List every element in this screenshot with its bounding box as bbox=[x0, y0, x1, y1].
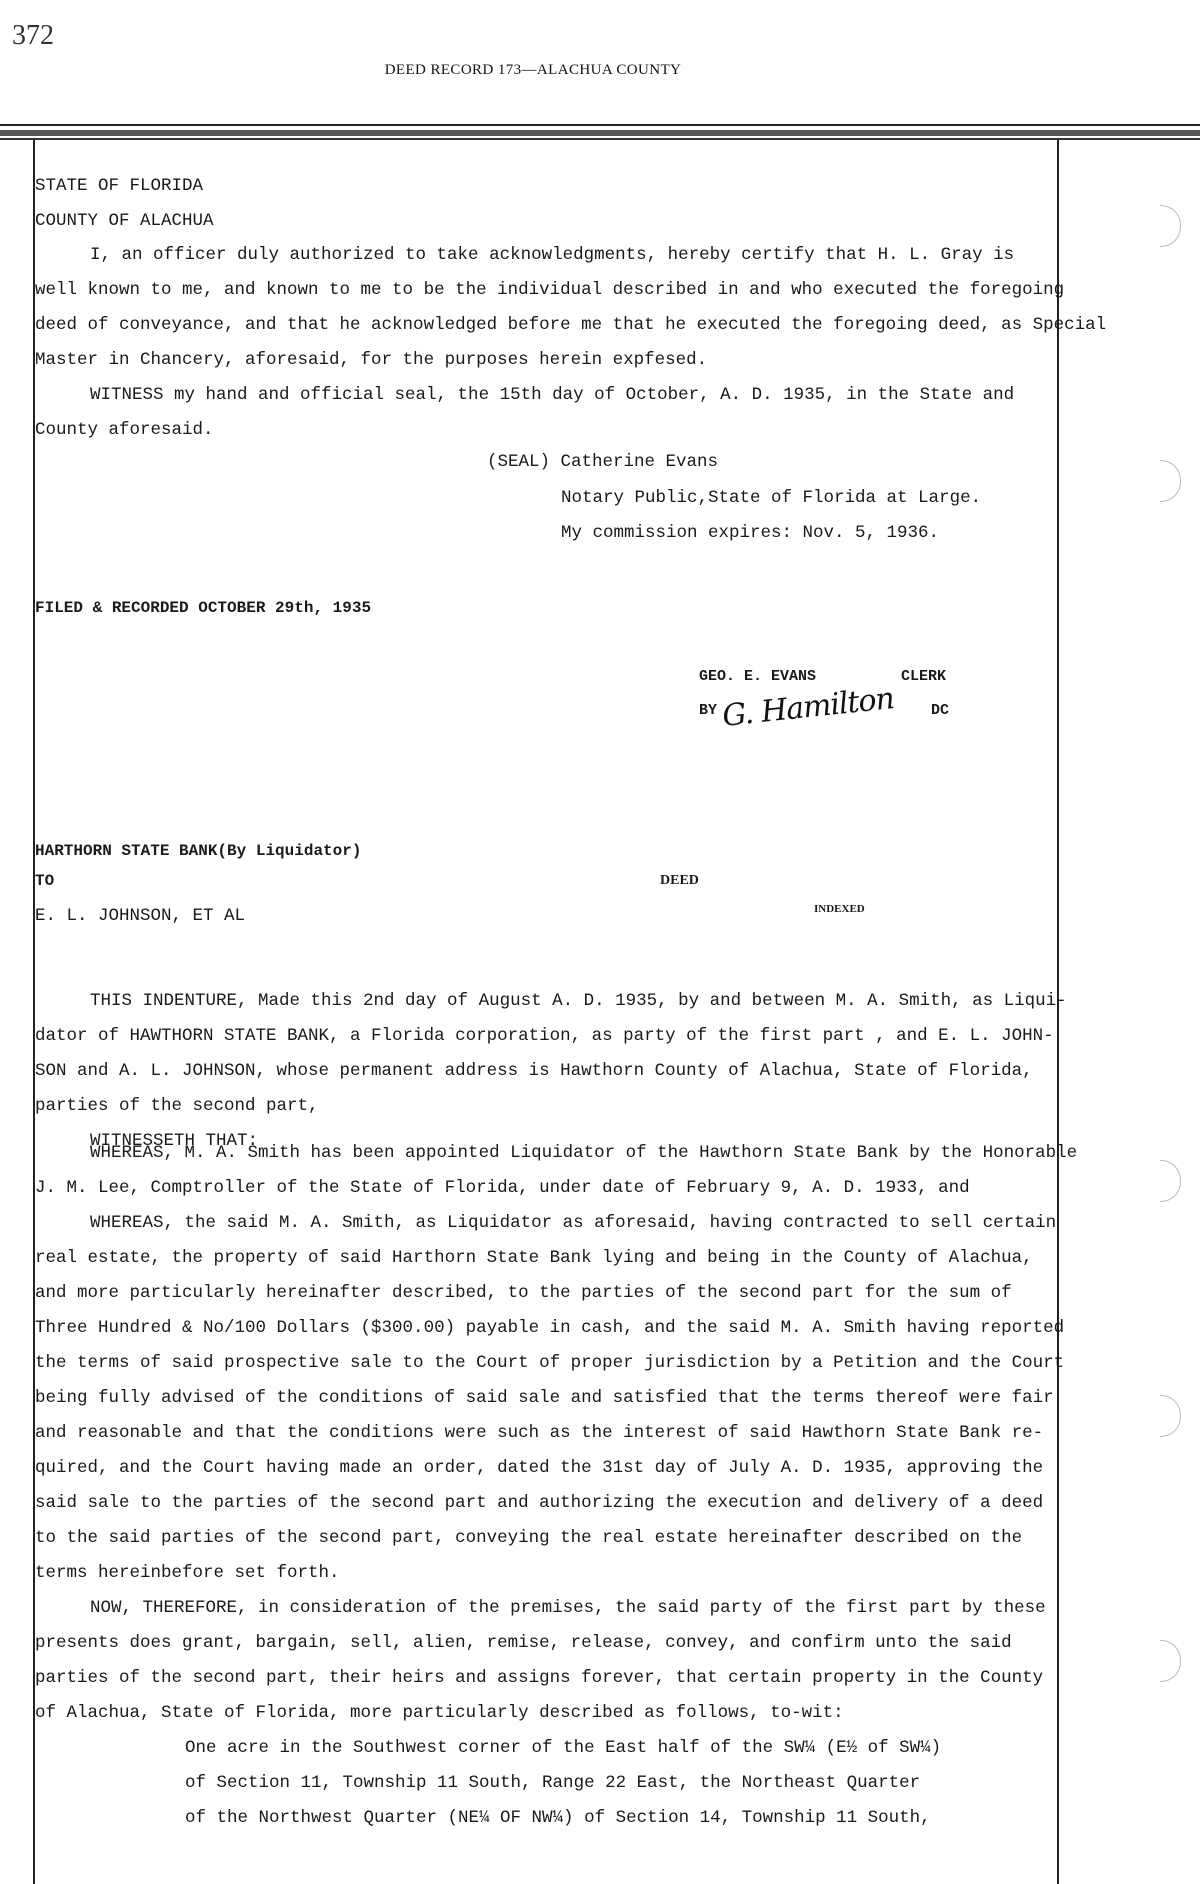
deed-line: THIS INDENTURE, Made this 2nd day of Aug… bbox=[90, 991, 1067, 1011]
notary-seal-name: (SEAL) Catherine Evans bbox=[487, 452, 718, 472]
deed-line: SON and A. L. JOHNSON, whose permanent a… bbox=[35, 1061, 1033, 1081]
venue-state: STATE OF FLORIDA bbox=[35, 176, 203, 196]
property-description-line: of Section 11, Township 11 South, Range … bbox=[185, 1773, 920, 1793]
grantor: HARTHORN STATE BANK(By Liquidator) bbox=[35, 841, 361, 861]
deputy-clerk-signature: G. Hamilton bbox=[721, 681, 896, 734]
page-number: 372 bbox=[12, 20, 54, 52]
deed-line: presents does grant, bargain, sell, alie… bbox=[35, 1633, 1012, 1653]
property-description-line: of the Northwest Quarter (NE¼ OF NW¼) of… bbox=[185, 1808, 931, 1828]
acknowledgment-line: Master in Chancery, aforesaid, for the p… bbox=[35, 350, 707, 370]
witness-line: WITNESS my hand and official seal, the 1… bbox=[90, 385, 1014, 405]
running-header: DEED RECORD 173—ALACHUA COUNTY bbox=[0, 62, 1066, 79]
binding-mark-icon bbox=[1160, 1160, 1181, 1202]
grantee: E. L. JOHNSON, ET AL bbox=[35, 906, 245, 926]
header-rule-thin-lower bbox=[0, 138, 1200, 140]
deed-line: the terms of said prospective sale to th… bbox=[35, 1353, 1064, 1373]
instrument-type: DEED bbox=[660, 871, 699, 891]
deputy-clerk-title: DC bbox=[931, 701, 949, 721]
right-margin-rule bbox=[1057, 140, 1059, 1884]
deed-line: WHEREAS, M. A. Smith has been appointed … bbox=[90, 1143, 1077, 1163]
deed-line: to the said parties of the second part, … bbox=[35, 1528, 1022, 1548]
deed-line: real estate, the property of said Hartho… bbox=[35, 1248, 1033, 1268]
deed-line: quired, and the Court having made an ord… bbox=[35, 1458, 1043, 1478]
binding-mark-icon bbox=[1160, 1395, 1181, 1437]
deed-line: and reasonable and that the conditions w… bbox=[35, 1423, 1043, 1443]
clerk-title: CLERK bbox=[901, 667, 946, 687]
header-rule-thick bbox=[0, 130, 1200, 136]
clerk-name: GEO. E. EVANS bbox=[699, 667, 816, 687]
filed-recorded-stamp: FILED & RECORDED OCTOBER 29th, 1935 bbox=[35, 598, 371, 618]
indexed-stamp: INDEXED bbox=[814, 899, 865, 919]
deed-line: parties of the second part, their heirs … bbox=[35, 1668, 1043, 1688]
deed-line: parties of the second part, bbox=[35, 1096, 319, 1116]
caption-to: TO bbox=[35, 871, 54, 891]
notary-commission: My commission expires: Nov. 5, 1936. bbox=[561, 523, 939, 543]
binding-mark-icon bbox=[1160, 205, 1181, 247]
deed-line: being fully advised of the conditions of… bbox=[35, 1388, 1054, 1408]
property-description-line: One acre in the Southwest corner of the … bbox=[185, 1738, 941, 1758]
header-rule-thin bbox=[0, 124, 1200, 126]
deed-line: WHEREAS, the said M. A. Smith, as Liquid… bbox=[90, 1213, 1056, 1233]
acknowledgment-line: I, an officer duly authorized to take ac… bbox=[90, 245, 1014, 265]
deed-line: dator of HAWTHORN STATE BANK, a Florida … bbox=[35, 1026, 1054, 1046]
by-label: BY bbox=[699, 701, 717, 721]
binding-mark-icon bbox=[1160, 460, 1181, 502]
deed-line: J. M. Lee, Comptroller of the State of F… bbox=[35, 1178, 970, 1198]
acknowledgment-line: deed of conveyance, and that he acknowle… bbox=[35, 315, 1106, 335]
deed-line: and more particularly hereinafter descri… bbox=[35, 1283, 1012, 1303]
deed-line: said sale to the parties of the second p… bbox=[35, 1493, 1043, 1513]
acknowledgment-line: well known to me, and known to me to be … bbox=[35, 280, 1064, 300]
venue-county: COUNTY OF ALACHUA bbox=[35, 211, 214, 231]
left-margin-rule bbox=[33, 140, 35, 1884]
deed-line: terms hereinbefore set forth. bbox=[35, 1563, 340, 1583]
notary-title: Notary Public,State of Florida at Large. bbox=[561, 488, 981, 508]
binding-mark-icon bbox=[1160, 1640, 1181, 1682]
deed-line: NOW, THEREFORE, in consideration of the … bbox=[90, 1598, 1046, 1618]
witness-line: County aforesaid. bbox=[35, 420, 214, 440]
deed-line: Three Hundred & No/100 Dollars ($300.00)… bbox=[35, 1318, 1064, 1338]
deed-line: of Alachua, State of Florida, more parti… bbox=[35, 1703, 844, 1723]
